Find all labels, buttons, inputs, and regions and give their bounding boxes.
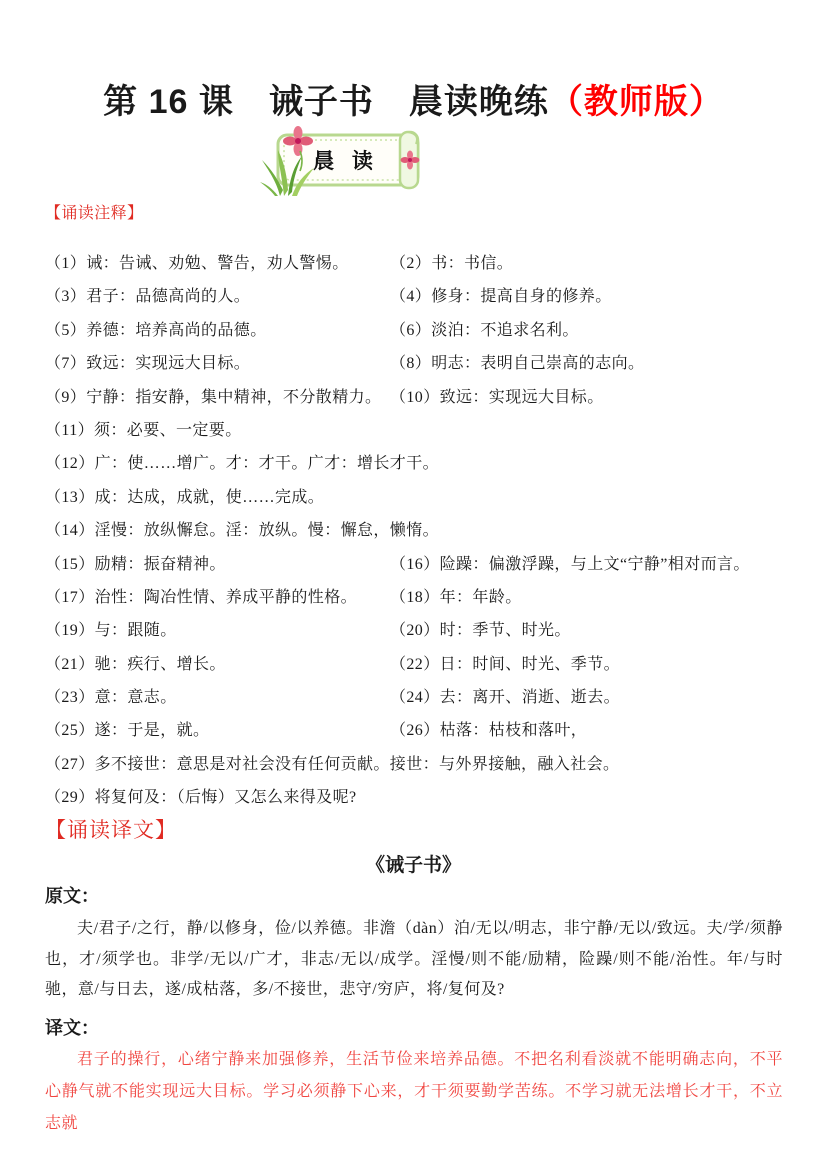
annotation-row: （11）须：必要、一定要。	[45, 413, 785, 446]
annotation-item: （29）将复何及：（后悔）又怎么来得及呢?	[45, 784, 357, 807]
annotation-item: （14）淫慢：放纵懈怠。淫：放纵。慢：懈怠，懒惰。	[45, 517, 439, 540]
banner-label: 晨 读	[313, 149, 379, 173]
book-title: 《诫子书》	[0, 850, 827, 877]
annotation-row: （21）驰：疾行、增长。（22）日：时间、时光、季节。	[45, 647, 785, 680]
annotation-item: （22）日：时间、时光、季节。	[390, 651, 620, 674]
annotation-item: （4）修身：提高自身的修养。	[390, 283, 612, 306]
scroll-banner-graphic: 晨 读	[258, 126, 442, 200]
annotation-item: （7）致远：实现远大目标。	[45, 350, 250, 373]
annotation-item: （1）诫：告诫、劝勉、警告，劝人警惕。	[45, 250, 349, 273]
annotation-row: （19）与：跟随。（20）时：季节、时光。	[45, 613, 785, 646]
annotation-item: （25）遂：于是，就。	[45, 717, 209, 740]
annotation-row: （7）致远：实现远大目标。（8）明志：表明自己崇高的志向。	[45, 346, 785, 379]
annotation-item: （18）年：年龄。	[390, 584, 522, 607]
annotation-row: （15）励精：振奋精神。（16）险躁：偏激浮躁，与上文“宁静”相对而言。	[45, 547, 785, 580]
annotation-list: （1）诫：告诫、劝勉、警告，劝人警惕。（2）书：书信。（3）君子：品德高尚的人。…	[45, 246, 785, 814]
original-label: 原文：	[45, 882, 99, 908]
annotation-item: （11）须：必要、一定要。	[45, 417, 242, 440]
annotation-item: （26）枯落：枯枝和落叶，	[390, 717, 587, 740]
translation-label: 译文：	[45, 1014, 99, 1040]
annotation-row: （3）君子：品德高尚的人。（4）修身：提高自身的修养。	[45, 279, 785, 312]
annotation-row: （5）养德：培养高尚的品德。（6）淡泊：不追求名利。	[45, 313, 785, 346]
annotation-row: （25）遂：于是，就。（26）枯落：枯枝和落叶，	[45, 713, 785, 746]
annotation-item: （10）致远：实现远大目标。	[390, 384, 604, 407]
morning-reading-banner: 晨 读	[258, 126, 442, 200]
annotation-row: （29）将复何及：（后悔）又怎么来得及呢?	[45, 780, 785, 813]
annotation-row: （14）淫慢：放纵懈怠。淫：放纵。慢：懈怠，懒惰。	[45, 513, 785, 546]
annotation-row: （12）广：使……增广。才：才干。广才：增长才干。	[45, 446, 785, 479]
annotation-item: （15）励精：振奋精神。	[45, 551, 226, 574]
annotation-row: （1）诫：告诫、劝勉、警告，劝人警惕。（2）书：书信。	[45, 246, 785, 279]
annotation-item: （3）君子：品德高尚的人。	[45, 283, 250, 306]
translation-text: 君子的操行，心绪宁静来加强修养，生活节俭来培养品德。不把名利看淡就不能明确志向，…	[45, 1044, 783, 1140]
annotation-item: （19）与：跟随。	[45, 617, 177, 640]
annotation-item: （9）宁静：指安静，集中精神，不分散精力。	[45, 384, 381, 407]
annotation-row: （9）宁静：指安静，集中精神，不分散精力。（10）致远：实现远大目标。	[45, 380, 785, 413]
annotation-row: （23）意：意志。（24）去：离开、消逝、逝去。	[45, 680, 785, 713]
annotation-item: （23）意：意志。	[45, 684, 177, 707]
annotation-item: （6）淡泊：不追求名利。	[390, 317, 579, 340]
annotation-item: （16）险躁：偏激浮躁，与上文“宁静”相对而言。	[390, 551, 750, 574]
annotation-item: （12）广：使……增广。才：才干。广才：增长才干。	[45, 450, 439, 473]
annotation-item: （20）时：季节、时光。	[390, 617, 571, 640]
notes-section-heading: 【诵读注释】	[45, 200, 785, 223]
annotation-item: （24）去：离开、消逝、逝去。	[390, 684, 620, 707]
annotation-item: （21）驰：疾行、增长。	[45, 651, 226, 674]
annotation-row: （13）成：达成，成就，使……完成。	[45, 480, 785, 513]
annotation-row: （17）治性：陶冶性情、养成平静的性格。（18）年：年龄。	[45, 580, 785, 613]
annotation-item: （8）明志：表明自己崇高的志向。	[390, 350, 644, 373]
page-title: 第 16 课 诫子书 晨读晚练（教师版）	[0, 74, 827, 123]
annotation-item: （13）成：达成，成就，使……完成。	[45, 484, 324, 507]
annotation-item: （17）治性：陶冶性情、养成平静的性格。	[45, 584, 357, 607]
annotation-item: （2）书：书信。	[390, 250, 513, 273]
annotation-item: （27）多不接世：意思是对社会没有任何贡献。接世：与外界接触，融入社会。	[45, 751, 619, 774]
page-title-red-suffix: （教师版）	[549, 83, 724, 121]
annotation-row: （27）多不接世：意思是对社会没有任何贡献。接世：与外界接触，融入社会。	[45, 747, 785, 780]
worksheet-page: 第 16 课 诫子书 晨读晚练（教师版）	[0, 0, 827, 1169]
translation-section-heading: 【诵读译文】	[45, 814, 177, 844]
original-text: 夫/君子/之行，静/以修身，俭/以养德。非澹（dàn）泊/无以/明志，非宁静/无…	[45, 914, 783, 1006]
page-title-black: 第 16 课 诫子书 晨读晚练	[103, 83, 549, 121]
annotation-item: （5）养德：培养高尚的品德。	[45, 317, 267, 340]
